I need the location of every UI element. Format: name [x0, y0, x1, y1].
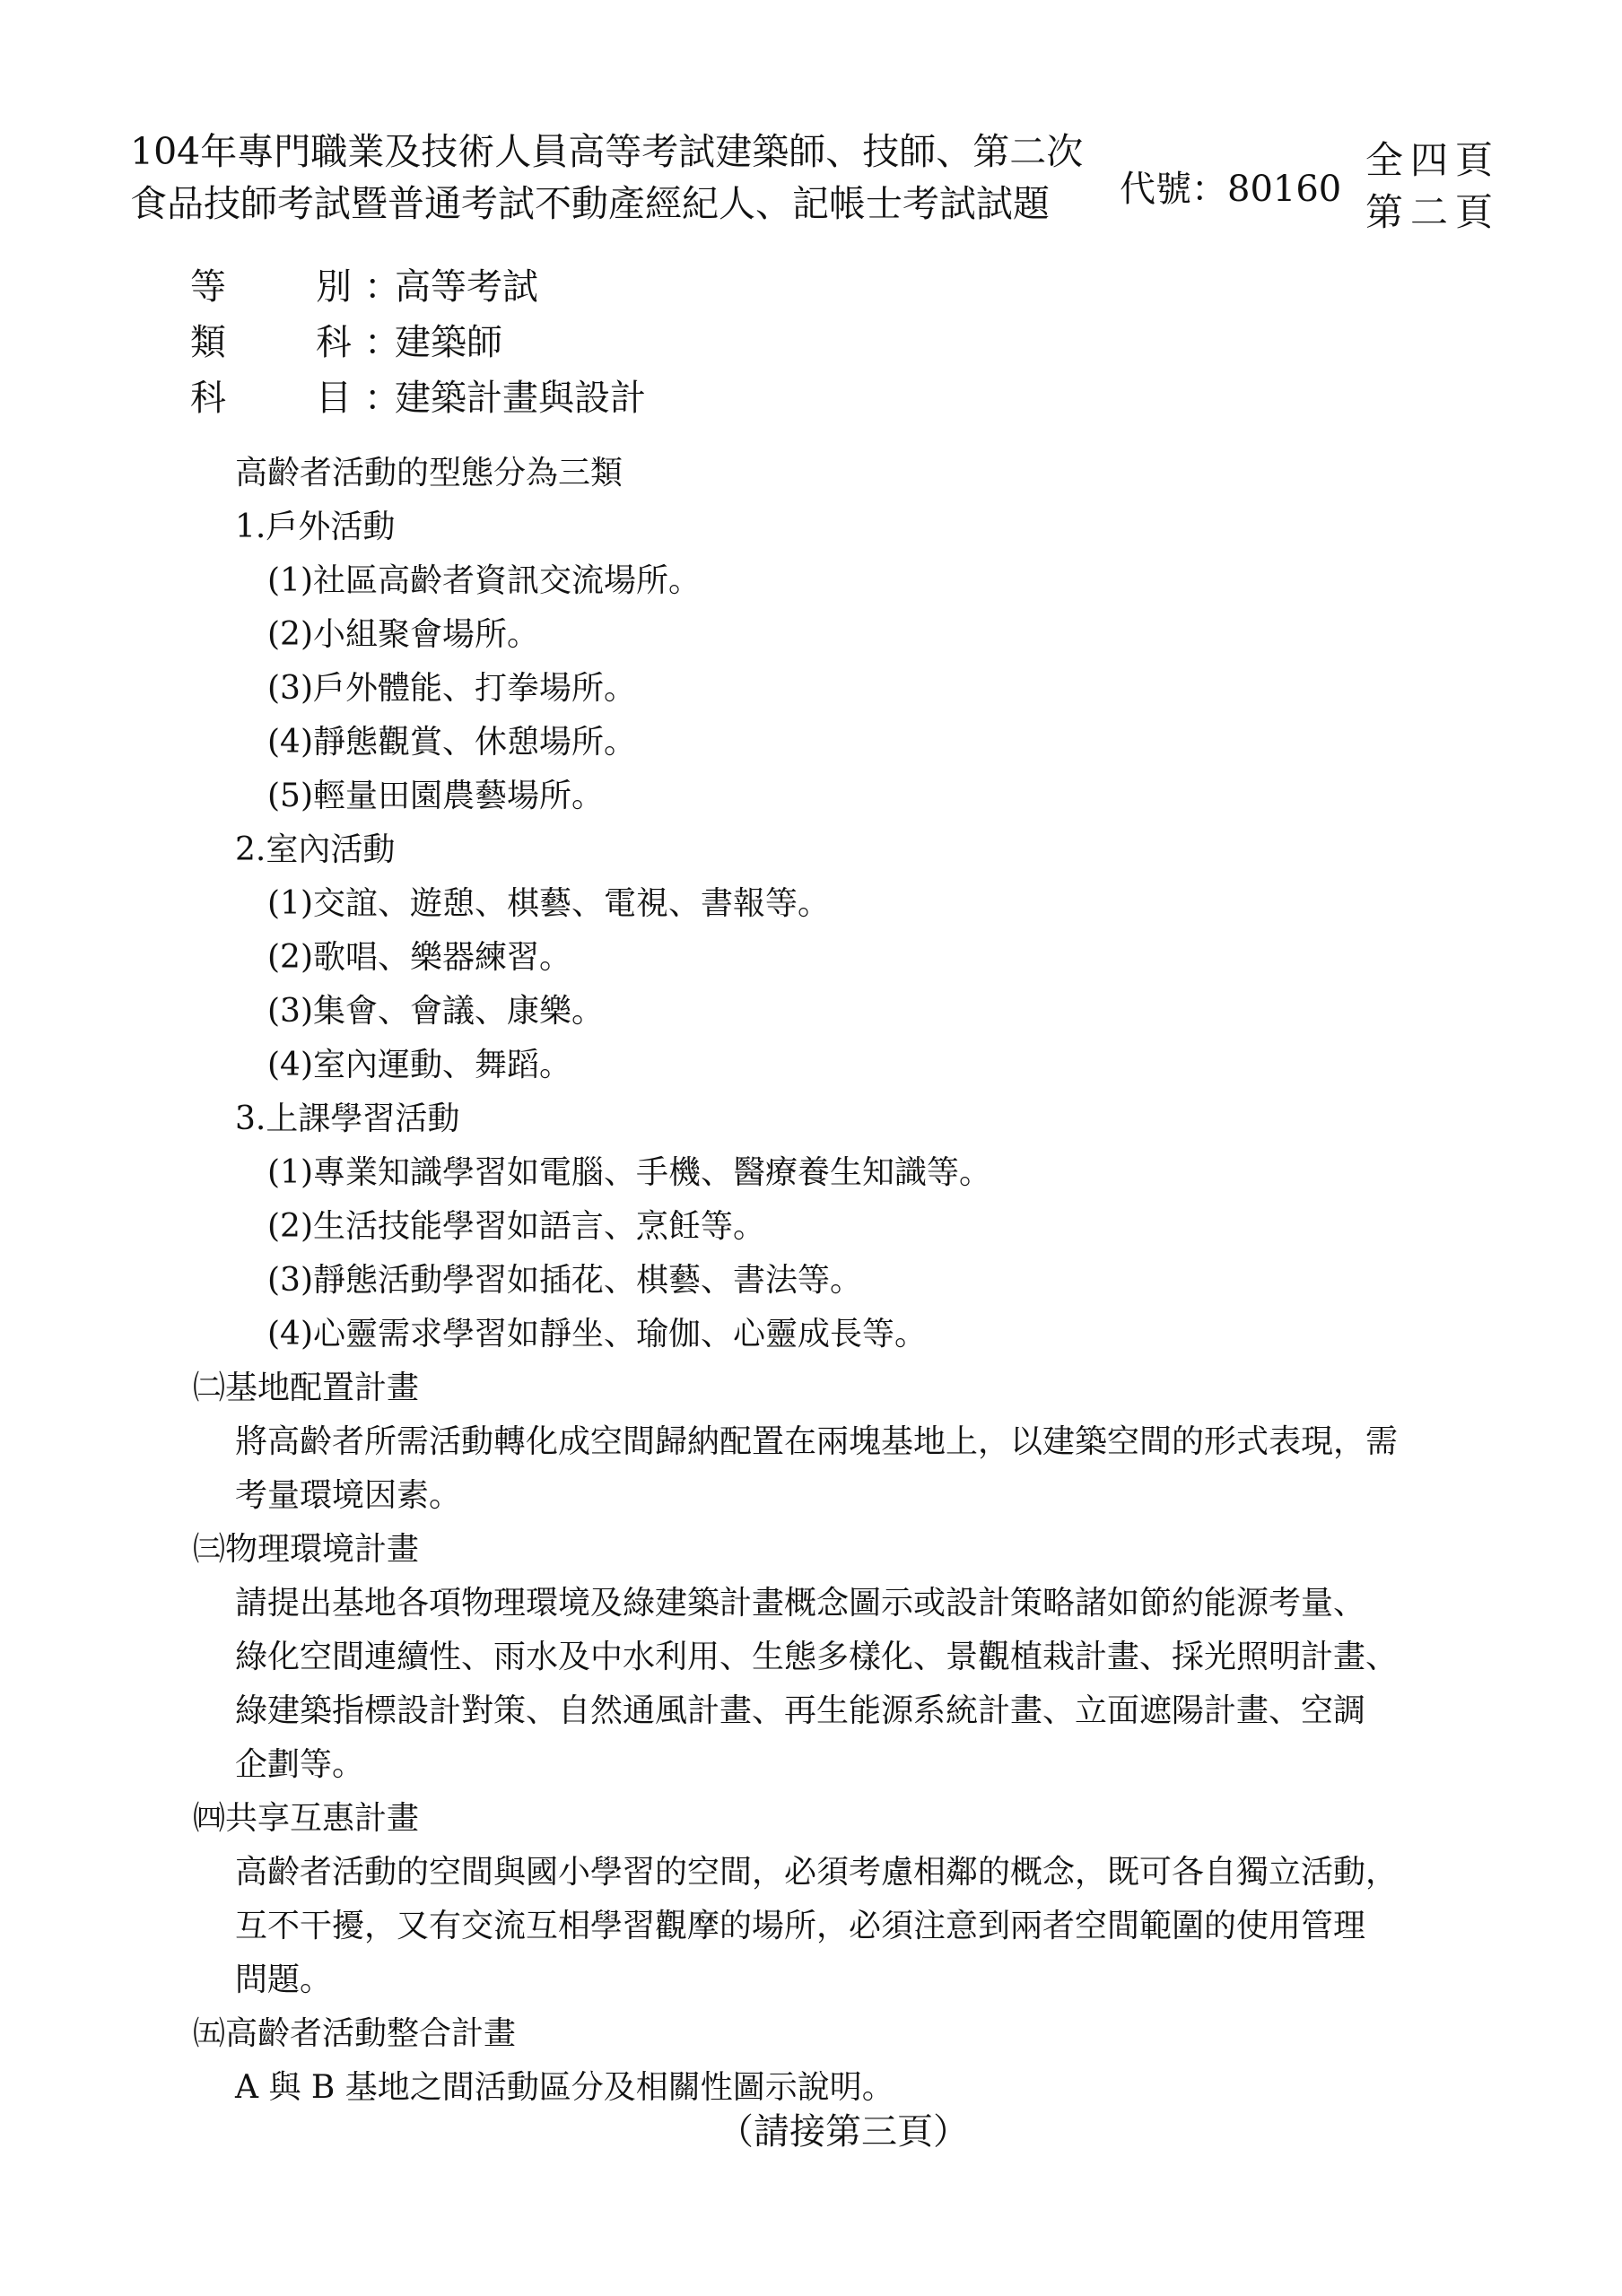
meta-row-level: 等 別 ： 高等考試 — [190, 256, 646, 311]
exam-meta: 等 別 ： 高等考試 類 科 ： 建築師 科 目 ： 建築計畫與設計 — [190, 256, 646, 422]
meta-row-subject: 科 目 ： 建築計畫與設計 — [190, 367, 646, 422]
section-title-site-plan: ㈡基地配置計畫 — [193, 1366, 419, 1411]
paragraph-line: 高齡者活動的空間與國小學習的空間，必須考慮相鄰的概念，既可各自獨立活動， — [235, 1850, 1398, 1895]
meta-key-second: 科 — [316, 314, 364, 365]
group-title-indoor: 2.室內活動 — [235, 828, 395, 873]
meta-key-first: 等 — [190, 258, 316, 309]
list-item: (3)靜態活動學習如插花、棋藝、書法等。 — [267, 1258, 862, 1303]
section-title-physical-env: ㈢物理環境計畫 — [193, 1527, 419, 1572]
section-title-shared-benefit: ㈣共享互惠計畫 — [193, 1796, 419, 1841]
exam-title-line1: 104年專門職業及技術人員高等考試建築師、技師、第二次 — [130, 126, 1083, 178]
list-item: (1)交誼、遊憩、棋藝、電視、書報等。 — [267, 882, 830, 926]
paragraph-line: 將高齡者所需活動轉化成空間歸納配置在兩塊基地上，以建築空間的形式表現，需 — [235, 1420, 1398, 1465]
exam-title: 104年專門職業及技術人員高等考試建築師、技師、第二次 食品技師考試暨普通考試不… — [130, 126, 1083, 230]
list-item: (2)歌唱、樂器練習。 — [267, 935, 571, 980]
paragraph-line: 綠化空間連續性、雨水及中水利用、生態多樣化、景觀植栽計畫、採光照明計畫、 — [235, 1635, 1398, 1680]
total-pages: 全四頁 — [1365, 135, 1500, 187]
meta-key-first: 科 — [190, 370, 316, 421]
paragraph-line: 互不干擾，又有交流互相學習觀摩的場所，必須注意到兩者空間範圍的使用管理 — [235, 1904, 1365, 1949]
meta-value: 建築計畫與設計 — [395, 370, 646, 421]
group-title-learning: 3.上課學習活動 — [235, 1097, 459, 1142]
list-item: (4)心靈需求學習如靜坐、瑜伽、心靈成長等。 — [267, 1312, 927, 1357]
list-item: (4)室內運動、舞蹈。 — [267, 1043, 571, 1088]
activity-intro: 高齡者活動的型態分為三類 — [235, 451, 623, 496]
continue-note: （請接第三頁） — [718, 2103, 969, 2154]
exam-code: 代號：80160 — [1120, 167, 1341, 212]
meta-value: 高等考試 — [395, 258, 538, 309]
paragraph-line: 問題。 — [235, 1958, 332, 2003]
group-title-outdoor: 1.戶外活動 — [235, 505, 395, 550]
list-item: (2)小組聚會場所。 — [267, 613, 539, 657]
list-item: (5)輕量田園農藝場所。 — [267, 774, 604, 819]
page-indicator: 全四頁 第二頁 — [1365, 135, 1500, 239]
meta-key-second: 別 — [316, 258, 364, 309]
meta-value: 建築師 — [395, 314, 502, 365]
meta-key-first: 類 — [190, 314, 316, 365]
section-title-integration: ㈤高齡者活動整合計畫 — [193, 2012, 516, 2057]
list-item: (3)戶外體能、打拳場所。 — [267, 666, 636, 711]
meta-colon: ： — [364, 258, 395, 309]
paragraph-line: 考量環境因素。 — [235, 1474, 461, 1518]
paragraph-line: 綠建築指標設計對策、自然通風計畫、再生能源系統計畫、立面遮陽計畫、空調 — [235, 1689, 1365, 1734]
paragraph-line: 企劃等。 — [235, 1743, 364, 1787]
exam-title-line2: 食品技師考試暨普通考試不動產經紀人、記帳士考試試題 — [130, 178, 1083, 230]
meta-row-category: 類 科 ： 建築師 — [190, 311, 646, 367]
meta-colon: ： — [364, 314, 395, 365]
list-item: (3)集會、會議、康樂。 — [267, 989, 604, 1034]
meta-colon: ： — [364, 370, 395, 421]
paragraph-line: 請提出基地各項物理環境及綠建築計畫概念圖示或設計策略諸如節約能源考量、 — [235, 1581, 1365, 1626]
list-item: (1)專業知識學習如電腦、手機、醫療養生知識等。 — [267, 1151, 991, 1196]
list-item: (4)靜態觀賞、休憩場所。 — [267, 720, 636, 765]
meta-key-second: 目 — [316, 370, 364, 421]
current-page: 第二頁 — [1365, 187, 1500, 239]
list-item: (2)生活技能學習如語言、烹飪等。 — [267, 1205, 765, 1249]
list-item: (1)社區高齡者資訊交流場所。 — [267, 559, 701, 604]
